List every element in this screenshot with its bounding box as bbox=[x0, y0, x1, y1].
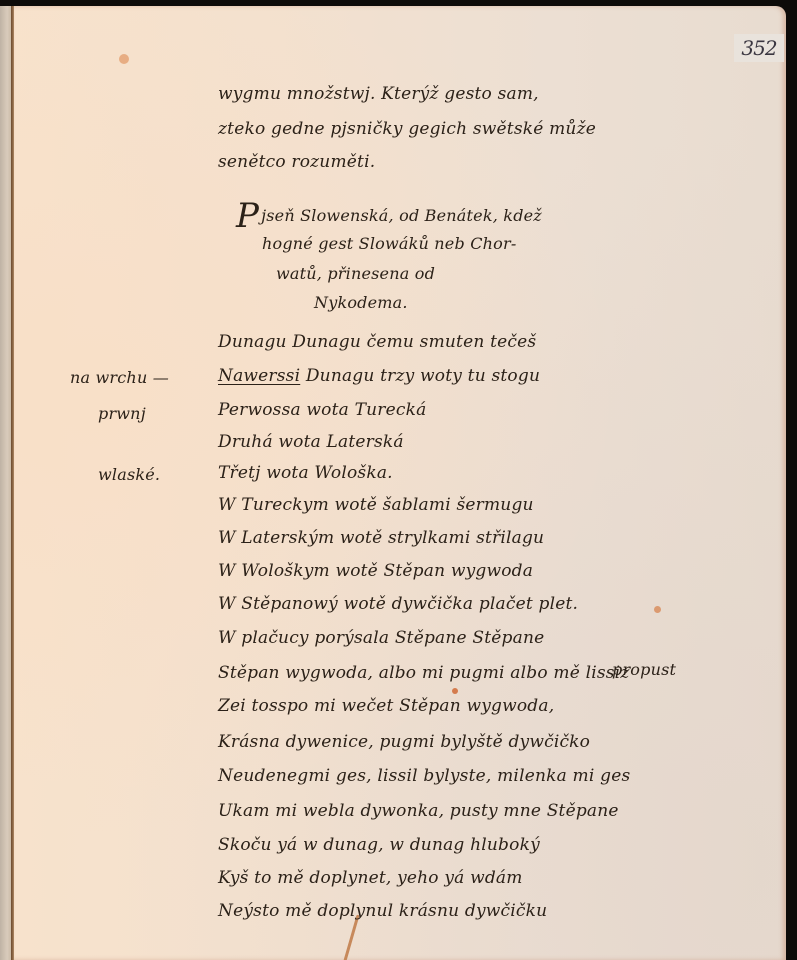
margin-note: na wrchu — bbox=[70, 368, 169, 387]
intro-line: wygmu množstwj. Kterýž gesto sam, bbox=[218, 84, 539, 104]
song-line: Perwossa wota Turecká bbox=[218, 400, 426, 420]
song-line: Krásna dywenice, pugmi bylyště dywčičko bbox=[218, 732, 590, 752]
title-text: jseň Slowenská, od Benátek, kdež bbox=[261, 206, 542, 225]
margin-note: propust bbox=[612, 660, 676, 679]
title-initial: P bbox=[236, 196, 259, 236]
song-line: Druhá wota Laterská bbox=[218, 432, 404, 452]
song-line: Ukam mi webla dywonka, pusty mne Stěpane bbox=[218, 801, 619, 821]
song-line: Nawerssi Dunagu trzy woty tu stogu bbox=[218, 366, 540, 386]
song-line: Dunagu Dunagu čemu smuten tečeš bbox=[218, 332, 536, 352]
song-line: Kyš to mě doplynet, yeho yá wdám bbox=[218, 868, 523, 888]
underlined-word: Nawerssi bbox=[218, 366, 300, 386]
song-title-line: Pjseň Slowenská, od Benátek, kdež bbox=[236, 202, 542, 230]
song-line: W plačucy porýsala Stěpane Stěpane bbox=[218, 628, 544, 648]
intro-line: senětco rozuměti. bbox=[218, 152, 375, 172]
song-title-line: Nykodema. bbox=[314, 293, 408, 312]
stray-ink-stroke bbox=[343, 915, 359, 960]
paper-stain bbox=[119, 54, 129, 64]
song-line: Skoču yá w dunag, w dunag hluboký bbox=[218, 835, 540, 855]
folio-number: 352 bbox=[734, 34, 784, 62]
intro-line: zteko gedne pjsničky gegich swětské může bbox=[218, 119, 596, 139]
song-line: Neudenegmi ges, lissil bylyste, milenka … bbox=[218, 766, 630, 786]
song-line: W Tureckym wotě šablami šermugu bbox=[218, 495, 534, 515]
song-line: Neýsto mě doplynul krásnu dywčičku bbox=[218, 901, 547, 921]
song-line: W Laterským wotě strylkami střilagu bbox=[218, 528, 544, 548]
song-title-line: watů, přinesena od bbox=[276, 264, 435, 283]
manuscript-page: 352 wygmu množstwj. Kterýž gesto sam, zt… bbox=[14, 6, 786, 960]
song-line: Stěpan wygwoda, albo mi pugmi albo mě li… bbox=[218, 663, 629, 683]
song-line: Zei tosspo mi wečet Stěpan wygwoda, bbox=[218, 696, 554, 716]
margin-note: prwnj bbox=[98, 404, 146, 423]
song-title-line: hogné gest Slowáků neb Chor- bbox=[262, 234, 516, 253]
song-line-rest: Dunagu trzy woty tu stogu bbox=[300, 366, 540, 386]
paper-stain bbox=[654, 606, 661, 613]
song-line: W Stěpanowý wotě dywčička plačet plet. bbox=[218, 594, 578, 614]
song-line: Třetj wota Wološka. bbox=[218, 463, 393, 483]
paper-stain bbox=[452, 688, 458, 694]
song-line: W Wološkym wotě Stěpan wygwoda bbox=[218, 561, 533, 581]
margin-note: wlaské. bbox=[98, 465, 160, 484]
manuscript-scan: 352 wygmu množstwj. Kterýž gesto sam, zt… bbox=[0, 0, 797, 960]
